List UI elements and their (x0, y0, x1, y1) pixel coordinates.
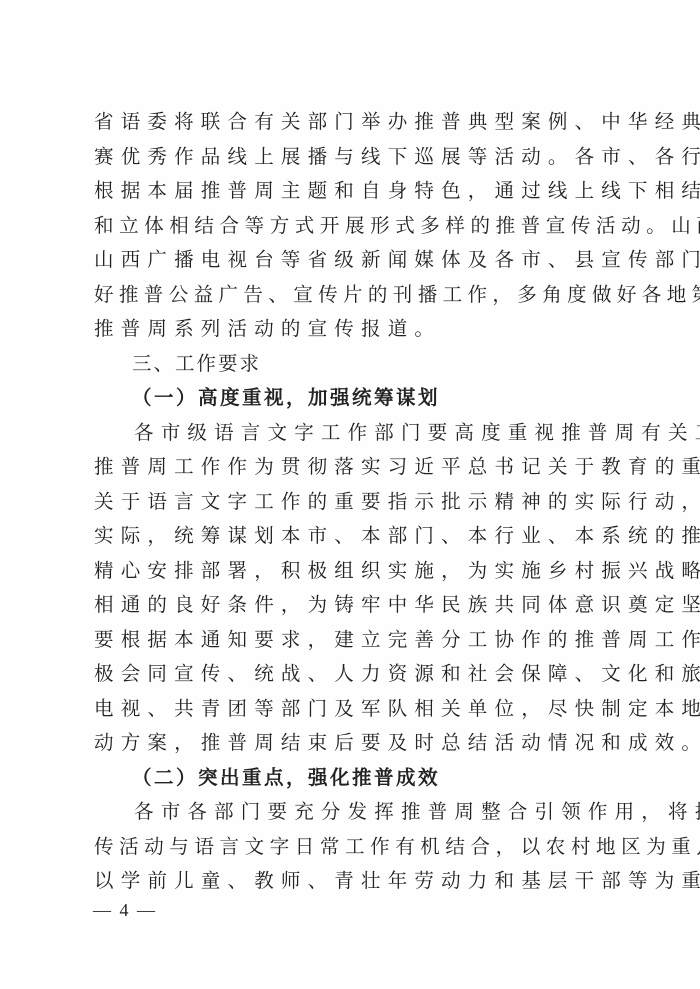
paragraph-line: 好推普公益广告、宣传片的刊播工作，多角度做好各地第 25 届 (94, 278, 609, 313)
paragraph-line: 以学前儿童、教师、青壮年劳动力和基层干部等为重点人群， (94, 864, 609, 899)
paragraph-line: 动方案，推普周结束后要及时总结活动情况和成效。 (94, 726, 609, 761)
page-number: — 4 — (93, 900, 157, 921)
subsection-heading: （一）高度重视，加强统筹谋划 (94, 381, 609, 416)
paragraph-line: 相通的良好条件，为铸牢中华民族共同体意识奠定坚实基础。 (94, 588, 609, 623)
paragraph-line: 省语委将联合有关部门举办推普典型案例、中华经典诵写讲大 (94, 105, 609, 140)
paragraph-line: 极会同宣传、统战、人力资源和社会保障、文化和旅游、广播 (94, 657, 609, 692)
paragraph-line: 电视、共青团等部门及军队相关单位，尽快制定本地推普周活 (94, 692, 609, 727)
paragraph-line: 精心安排部署，积极组织实施，为实施乡村振兴战略提供语言 (94, 554, 609, 589)
section-heading: 三、工作要求 (94, 347, 609, 382)
paragraph-line: 推普周系列活动的宣传报道。 (94, 312, 609, 347)
paragraph-line: 各市各部门要充分发挥推普周整合引领作用，将推普周宣 (94, 795, 609, 830)
paragraph-line: 推普周工作作为贯彻落实习近平总书记关于教育的重要论述和 (94, 450, 609, 485)
paragraph-line: 关于语言文字工作的重要指示批示精神的实际行动，结合当地 (94, 485, 609, 520)
subsection-heading: （二）突出重点，强化推普成效 (94, 761, 609, 796)
paragraph-line: 根据本届推普周主题和自身特色，通过线上线下相结合、平面 (94, 174, 609, 209)
document-page: 省语委将联合有关部门举办推普典型案例、中华经典诵写讲大 赛优秀作品线上展播与线下… (0, 0, 700, 989)
paragraph-line: 山西广播电视台等省级新闻媒体及各市、县宣传部门要配合做 (94, 243, 609, 278)
paragraph-line: 各市级语言文字工作部门要高度重视推普周有关工作，把 (94, 416, 609, 451)
paragraph-line: 赛优秀作品线上展播与线下巡展等活动。各市、各行业系统要 (94, 140, 609, 175)
paragraph-line: 和立体相结合等方式开展形式多样的推普宣传活动。山西日报、 (94, 209, 609, 244)
document-body: 省语委将联合有关部门举办推普典型案例、中华经典诵写讲大 赛优秀作品线上展播与线下… (94, 105, 609, 899)
paragraph-line: 传活动与语言文字日常工作有机结合，以农村地区为重点区域， (94, 830, 609, 865)
paragraph-line: 要根据本通知要求，建立完善分工协作的推普周工作机制，积 (94, 623, 609, 658)
paragraph-line: 实际，统筹谋划本市、本部门、本行业、本系统的推普工作， (94, 519, 609, 554)
